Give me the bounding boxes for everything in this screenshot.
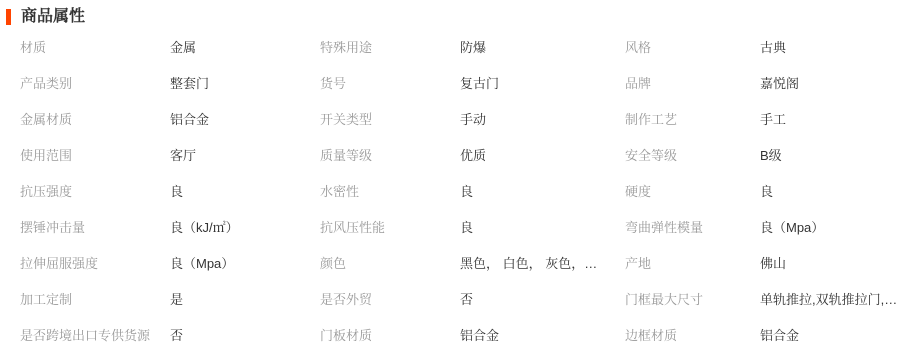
attr-label: 质量等级	[320, 138, 460, 174]
attr-label: 产品类别	[20, 66, 170, 102]
attr-label: 边框材质	[625, 318, 760, 354]
attr-value: 单轨推拉,双轨推拉门,…	[760, 282, 910, 318]
attr-label: 使用范围	[20, 138, 170, 174]
attr-label: 产地	[625, 246, 760, 282]
attr-value: 手工	[760, 102, 910, 138]
attr-label: 是否跨境出口专供货源	[20, 318, 170, 354]
attr-value: 良	[170, 174, 320, 210]
attr-value: 铝合金	[170, 102, 320, 138]
attr-label: 风格	[625, 30, 760, 66]
attr-value: 整套门	[170, 66, 320, 102]
attributes-table: 材质 金属 特殊用途 防爆 风格 古典 产品类别 整套门 货号 复古门 品牌 嘉…	[0, 30, 910, 354]
attr-value: 手动	[460, 102, 625, 138]
attr-value: 良	[460, 210, 625, 246]
accent-bar	[6, 9, 11, 25]
attr-value: 黑色， 白色， 灰色，…	[460, 246, 625, 282]
attr-label: 颜色	[320, 246, 460, 282]
attr-value: 良	[460, 174, 625, 210]
attr-label: 弯曲弹性模量	[625, 210, 760, 246]
attr-value: 古典	[760, 30, 910, 66]
attr-label: 品牌	[625, 66, 760, 102]
attr-value: 良（Mpa）	[760, 210, 910, 246]
attr-value: 客厅	[170, 138, 320, 174]
attr-value: 金属	[170, 30, 320, 66]
attr-label: 门框最大尺寸	[625, 282, 760, 318]
section-header: 商品属性	[6, 8, 910, 26]
attr-label: 制作工艺	[625, 102, 760, 138]
attr-value: 防爆	[460, 30, 625, 66]
attr-value: 复古门	[460, 66, 625, 102]
attr-value: 优质	[460, 138, 625, 174]
attr-label: 抗风压性能	[320, 210, 460, 246]
attr-value: 良（Mpa）	[170, 246, 320, 282]
product-attributes-panel: 商品属性 材质 金属 特殊用途 防爆 风格 古典 产品类别 整套门 货号 复古门…	[0, 8, 910, 362]
attr-label: 安全等级	[625, 138, 760, 174]
attr-label: 金属材质	[20, 102, 170, 138]
attr-value: 佛山	[760, 246, 910, 282]
attr-label: 拉伸屈服强度	[20, 246, 170, 282]
attr-value: B级	[760, 138, 910, 174]
attr-label: 货号	[320, 66, 460, 102]
attr-value: 铝合金	[760, 318, 910, 354]
attr-label: 是否外贸	[320, 282, 460, 318]
attr-label: 材质	[20, 30, 170, 66]
attr-value: 否	[460, 282, 625, 318]
attr-label: 开关类型	[320, 102, 460, 138]
attr-label: 摆锤冲击量	[20, 210, 170, 246]
section-title: 商品属性	[21, 8, 85, 26]
attr-label: 抗压强度	[20, 174, 170, 210]
attr-label: 硬度	[625, 174, 760, 210]
attr-value: 良	[760, 174, 910, 210]
attr-value: 良（kJ/㎡）	[170, 210, 320, 246]
attr-label: 特殊用途	[320, 30, 460, 66]
attr-label: 加工定制	[20, 282, 170, 318]
attr-value: 铝合金	[460, 318, 625, 354]
attr-value: 是	[170, 282, 320, 318]
attr-label: 水密性	[320, 174, 460, 210]
attr-value: 否	[170, 318, 320, 354]
attr-value: 嘉悦阁	[760, 66, 910, 102]
attr-label: 门板材质	[320, 318, 460, 354]
